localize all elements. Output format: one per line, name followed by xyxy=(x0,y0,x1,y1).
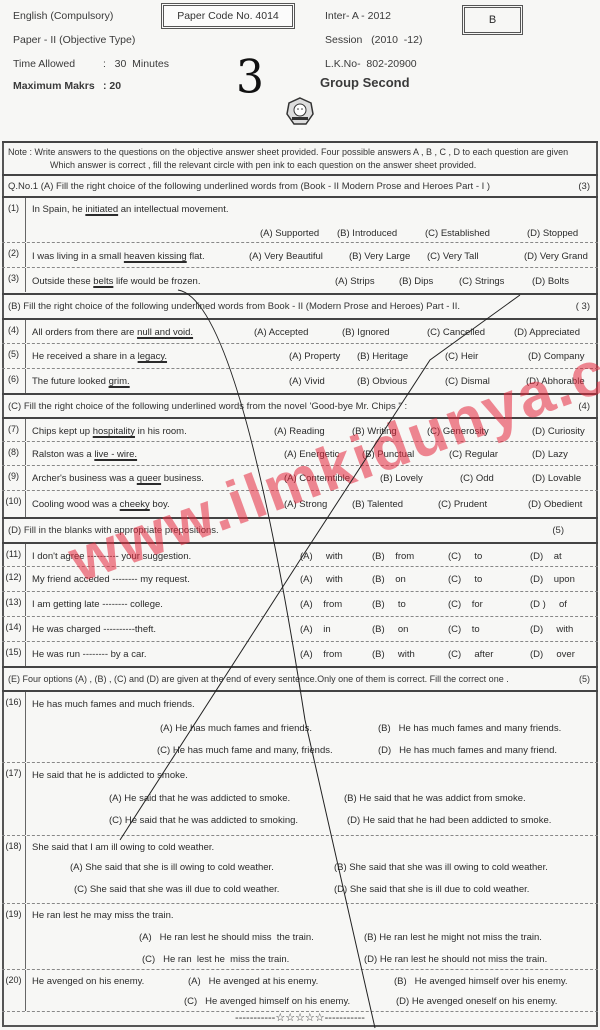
option-d[interactable]: (D) Lazy xyxy=(532,449,568,460)
option-b[interactable]: (B) Very Large xyxy=(349,251,410,262)
option-b[interactable]: (B) He said that he was addict from smok… xyxy=(344,793,526,804)
question-row: (7) Chips kept up hospitality in his roo… xyxy=(2,417,598,441)
question-text: The future looked grim. xyxy=(32,376,130,387)
option-b[interactable]: (B) on xyxy=(372,624,408,635)
option-d[interactable]: (D) Abhorable xyxy=(526,376,585,387)
option-d[interactable]: (D) Appreciated xyxy=(514,327,580,338)
question-text: He received a share in a legacy. xyxy=(32,351,167,362)
option-d[interactable]: (D) He ran lest he should not miss the t… xyxy=(364,954,547,965)
option-a[interactable]: (A) Property xyxy=(289,351,340,362)
option-d[interactable]: (D) at xyxy=(530,551,562,562)
option-c[interactable]: (C) Strings xyxy=(459,276,504,287)
question-text: Ralston was a live - wire. xyxy=(32,449,137,460)
option-b[interactable]: (B) She said that she was ill owing to c… xyxy=(334,862,548,873)
option-d[interactable]: (D) Lovable xyxy=(532,473,581,484)
option-a[interactable]: (A) Supported xyxy=(260,228,319,239)
question-text: My friend acceded -------- my request. xyxy=(32,574,190,585)
max-marks-label: Maximum Makrs xyxy=(13,80,95,92)
question-text: She said that I am ill owing to cold wea… xyxy=(32,842,214,853)
option-a[interactable]: (A) Vivid xyxy=(289,376,325,387)
option-b[interactable]: (B) Punctual xyxy=(362,449,414,460)
option-c[interactable]: (C) for xyxy=(448,599,483,610)
max-marks-value: : 20 xyxy=(103,80,121,92)
option-b[interactable]: (B) He avenged himself over his enemy. xyxy=(394,976,568,987)
question-text: He avenged on his enemy. xyxy=(32,976,144,987)
instructions-note: Note : Write answers to the questions on… xyxy=(2,141,598,173)
option-a[interactable]: (A) from xyxy=(300,649,342,660)
question-row: (16) He has much fames and much friends.… xyxy=(2,690,598,762)
question-text: I don't agree ---------- your suggestion… xyxy=(32,551,191,562)
option-c[interactable]: (C) to xyxy=(448,624,480,635)
note-line-2: Which answer is correct , fill the relev… xyxy=(8,159,592,172)
option-b[interactable]: (B) Dips xyxy=(399,276,433,287)
question-row: (6) The future looked grim. (A) Vivid (B… xyxy=(2,368,598,393)
session-label: Session (2010 -12) xyxy=(325,34,422,46)
option-b[interactable]: (B) Lovely xyxy=(380,473,423,484)
section-e-heading: (E) Four options (A) , (B) , (C) and (D)… xyxy=(2,666,598,690)
option-b[interactable]: (B) Ignored xyxy=(342,327,390,338)
option-c[interactable]: (C) Very Tall xyxy=(427,251,479,262)
question-row: (19) He ran lest he may miss the train. … xyxy=(2,903,598,969)
group-label: Group Second xyxy=(320,75,410,90)
option-d[interactable]: (D) Very Grand xyxy=(524,251,588,262)
option-d[interactable]: (D) He avenged oneself on his enemy. xyxy=(396,996,557,1007)
option-a[interactable]: (A) He ran lest he should miss the train… xyxy=(139,932,314,943)
option-a[interactable]: (A) Energetic xyxy=(284,449,339,460)
question-text: He ran lest he may miss the train. xyxy=(32,910,174,921)
version-box: B xyxy=(462,5,523,35)
option-c[interactable]: (C) He avenged himself on his enemy. xyxy=(184,996,350,1007)
question-row: (13) I am getting late -------- college.… xyxy=(2,591,598,616)
option-a[interactable]: (A) Very Beautiful xyxy=(249,251,323,262)
option-a[interactable]: (A) Strong xyxy=(284,499,327,510)
question-row: (8) Ralston was a live - wire. (A) Energ… xyxy=(2,441,598,465)
question-text: In Spain, he initiated an intellectual m… xyxy=(32,204,228,215)
option-d[interactable]: (D) with xyxy=(530,624,573,635)
option-b[interactable]: (B) He has much fames and many friends. xyxy=(378,723,561,734)
option-c[interactable]: (C) He ran lest he miss the train. xyxy=(142,954,289,965)
option-c[interactable]: (C) to xyxy=(448,551,482,562)
option-a[interactable]: (A) Reading xyxy=(274,426,325,437)
question-row: (5) He received a share in a legacy. (A)… xyxy=(2,343,598,368)
option-d[interactable]: (D) Curiosity xyxy=(532,426,585,437)
option-c[interactable]: (C) He has much fame and many, friends. xyxy=(157,745,333,756)
question-text: All orders from there are null and void. xyxy=(32,327,193,338)
question-text: I am getting late -------- college. xyxy=(32,599,163,610)
exam-label: Inter- A - 2012 xyxy=(325,10,391,22)
option-b[interactable]: (B) Obvious xyxy=(357,376,407,387)
board-logo-icon xyxy=(286,97,314,127)
option-b[interactable]: (B) Heritage xyxy=(357,351,408,362)
lk-number: L.K.No- 802-20900 xyxy=(325,58,417,70)
option-d[interactable]: (D ) of xyxy=(530,599,567,610)
time-allowed-value: : 30 Minutes xyxy=(103,58,169,70)
option-d[interactable]: (D) He has much fames and many friend. xyxy=(378,745,557,756)
question-row: (15) He was run -------- by a car. (A) f… xyxy=(2,641,598,666)
question-text: Archer's business was a queer business. xyxy=(32,473,204,484)
question-row: (11) I don't agree ---------- your sugge… xyxy=(2,542,598,566)
option-d[interactable]: (D) She said that she is ill due to cold… xyxy=(334,884,529,895)
question-text: Cooling wood was a cheeky boy. xyxy=(32,499,170,510)
question-row: (3) Outside these belts life would be fr… xyxy=(2,267,598,292)
option-c[interactable]: (C) Cancelled xyxy=(427,327,485,338)
question-text: I was living in a small heaven kissing f… xyxy=(32,251,205,262)
option-d[interactable]: (D) Company xyxy=(528,351,585,362)
section-b-heading: (B) Fill the right choice of the followi… xyxy=(2,293,598,318)
option-c[interactable]: (C) after xyxy=(448,649,493,660)
option-c[interactable]: (C) Heir xyxy=(445,351,478,362)
option-c[interactable]: (C) He said that he was addicted to smok… xyxy=(109,815,298,826)
question-row: (2) I was living in a small heaven kissi… xyxy=(2,242,598,267)
option-c[interactable]: (C) Established xyxy=(425,228,490,239)
time-allowed-label: Time Allowed xyxy=(13,58,75,70)
option-c[interactable]: (C) Prudent xyxy=(438,499,487,510)
question-row: (10) Cooling wood was a cheeky boy. (A) … xyxy=(2,490,598,517)
option-c[interactable]: (C) Odd xyxy=(460,473,494,484)
option-a[interactable]: (A) She said that she is ill owing to co… xyxy=(70,862,274,873)
option-c[interactable]: (C) She said that she was ill due to col… xyxy=(74,884,279,895)
note-line-1: Note : Write answers to the questions on… xyxy=(8,146,592,159)
option-a[interactable]: (A) He avenged at his enemy. xyxy=(188,976,318,987)
question-row: (4) All orders from there are null and v… xyxy=(2,318,598,343)
option-b[interactable]: (B) Talented xyxy=(352,499,403,510)
section-d-heading: (D) Fill in the blanks with appropriate … xyxy=(2,517,598,542)
option-a[interactable]: (A) Strips xyxy=(335,276,375,287)
question-row: (1) In Spain, he initiated an intellectu… xyxy=(2,196,598,242)
option-a[interactable]: (A) with xyxy=(300,551,343,562)
option-b[interactable]: (B) He ran lest he might not miss the tr… xyxy=(364,932,542,943)
handwritten-mark: 3 xyxy=(236,51,264,105)
subject-label: English (Compulsory) xyxy=(13,10,113,22)
question-row: (20) He avenged on his enemy. (A) He ave… xyxy=(2,969,598,1011)
question-text: He was run -------- by a car. xyxy=(32,649,147,660)
section-c-heading: (C) Fill the right choice of the followi… xyxy=(2,393,598,417)
paper-code-box: Paper Code No. 4014 xyxy=(161,3,295,29)
option-d[interactable]: (D) Obedient xyxy=(528,499,582,510)
option-d[interactable]: (D) upon xyxy=(530,574,575,585)
question-row: (9) Archer's business was a queer busine… xyxy=(2,465,598,490)
question-text: He was charged ----------theft. xyxy=(32,624,156,635)
option-a[interactable]: (A) He has much fames and friends. xyxy=(160,723,312,734)
option-b[interactable]: (B) Introduced xyxy=(337,228,397,239)
option-a[interactable]: (A) in xyxy=(300,624,331,635)
option-a[interactable]: (A) Accepted xyxy=(254,327,308,338)
question-text: He has much fames and much friends. xyxy=(32,699,195,710)
question-row: (17) He said that he is addicted to smok… xyxy=(2,762,598,835)
option-b[interactable]: (B) on xyxy=(372,574,406,585)
section-a-heading: Q.No.1 (A) Fill the right choice of the … xyxy=(2,174,598,196)
option-b[interactable]: (B) from xyxy=(372,551,414,562)
question-row: (14) He was charged ----------theft. (A)… xyxy=(2,616,598,641)
paper-label: Paper - II (Objective Type) xyxy=(13,34,135,46)
question-text: He said that he is addicted to smoke. xyxy=(32,770,188,781)
option-c[interactable]: (C) Generosity xyxy=(427,426,489,437)
option-d[interactable]: (D) Stopped xyxy=(527,228,578,239)
option-a[interactable]: (A) He said that he was addicted to smok… xyxy=(109,793,290,804)
option-d[interactable]: (D) over xyxy=(530,649,575,660)
question-text: Outside these belts life would be frozen… xyxy=(32,276,200,287)
option-b[interactable]: (B) Writing xyxy=(352,426,397,437)
option-c[interactable]: (C) to xyxy=(448,574,482,585)
option-a[interactable]: (A) from xyxy=(300,599,342,610)
option-a[interactable]: (A) Contemtible xyxy=(284,473,350,484)
end-of-paper-stars: -----------☆☆☆☆☆----------- xyxy=(0,1011,600,1024)
option-c[interactable]: (C) Regular xyxy=(449,449,498,460)
option-d[interactable]: (D) He said that he had been addicted to… xyxy=(347,815,551,826)
question-row: (18) She said that I am ill owing to col… xyxy=(2,835,598,903)
question-row: (12) My friend acceded -------- my reque… xyxy=(2,566,598,591)
option-b[interactable]: (B) to xyxy=(372,599,406,610)
option-d[interactable]: (D) Bolts xyxy=(532,276,569,287)
question-text: Chips kept up hospitality in his room. xyxy=(32,426,187,437)
option-a[interactable]: (A) with xyxy=(300,574,343,585)
option-c[interactable]: (C) Dismal xyxy=(445,376,490,387)
option-b[interactable]: (B) with xyxy=(372,649,415,660)
